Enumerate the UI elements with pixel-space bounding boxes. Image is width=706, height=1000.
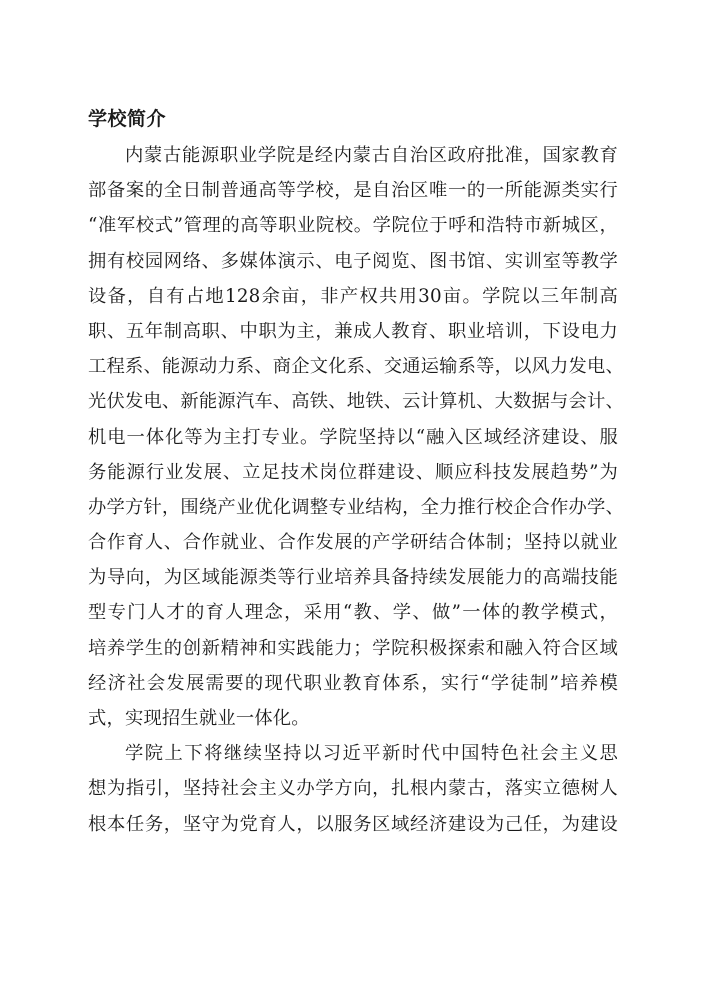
paragraph-line: 办学方针，围绕产业优化调整专业结构，全力推行校企合作办学、 [88,490,618,525]
paragraph-line: 想为指引，坚持社会主义办学方向，扎根内蒙古，落实立德树人 [88,771,618,806]
paragraph-line: 合作育人、合作就业、合作发展的产学研结合体制；坚持以就业 [88,525,618,560]
paragraph-line: 为导向，为区域能源类等行业培养具备持续发展能力的高端技能 [88,560,618,595]
paragraph-line: 经济社会发展需要的现代职业教育体系，实行“学徒制”培养模 [88,666,618,701]
paragraph-line: 工程系、能源动力系、商企文化系、交通运输系等，以风力发电、 [88,349,618,384]
paragraph-line: 培养学生的创新精神和实践能力；学院积极探索和融入符合区域 [88,631,618,666]
paragraph-line: 学院上下将继续坚持以习近平新时代中国特色社会主义思 [88,736,618,771]
paragraph-line: 式，实现招生就业一体化。 [88,701,618,736]
paragraph-line: 机电一体化等为主打专业。学院坚持以“融入区域经济建设、服 [88,420,618,455]
document-title: 学校简介 [88,104,166,131]
paragraph-line: 内蒙古能源职业学院是经内蒙古自治区政府批准，国家教育 [88,138,618,173]
paragraph-line: 型专门人才的育人理念，采用“教、学、做”一体的教学模式， [88,595,618,630]
paragraph-line: 拥有校园网络、多媒体演示、电子阅览、图书馆、实训室等教学 [88,244,618,279]
paragraph-line: 光伏发电、新能源汽车、高铁、地铁、云计算机、大数据与会计、 [88,384,618,419]
paragraph-line: 设备，自有占地128余亩，非产权共用30亩。学院以三年制高 [88,279,618,314]
paragraph-line: 务能源行业发展、立足技术岗位群建设、顺应科技发展趋势”为 [88,455,618,490]
paragraph-line: “准军校式”管理的高等职业院校。学院位于呼和浩特市新城区， [88,208,618,243]
paragraph-line: 根本任务，坚守为党育人，以服务区域经济建设为己任，为建设 [88,807,618,842]
paragraph-line: 部备案的全日制普通高等学校，是自治区唯一的一所能源类实行 [88,173,618,208]
paragraph-line: 职、五年制高职、中职为主，兼成人教育、职业培训，下设电力 [88,314,618,349]
document-body: 内蒙古能源职业学院是经内蒙古自治区政府批准，国家教育 部备案的全日制普通高等学校… [88,138,618,842]
document-page: 学校简介 内蒙古能源职业学院是经内蒙古自治区政府批准，国家教育 部备案的全日制普… [0,0,706,1000]
